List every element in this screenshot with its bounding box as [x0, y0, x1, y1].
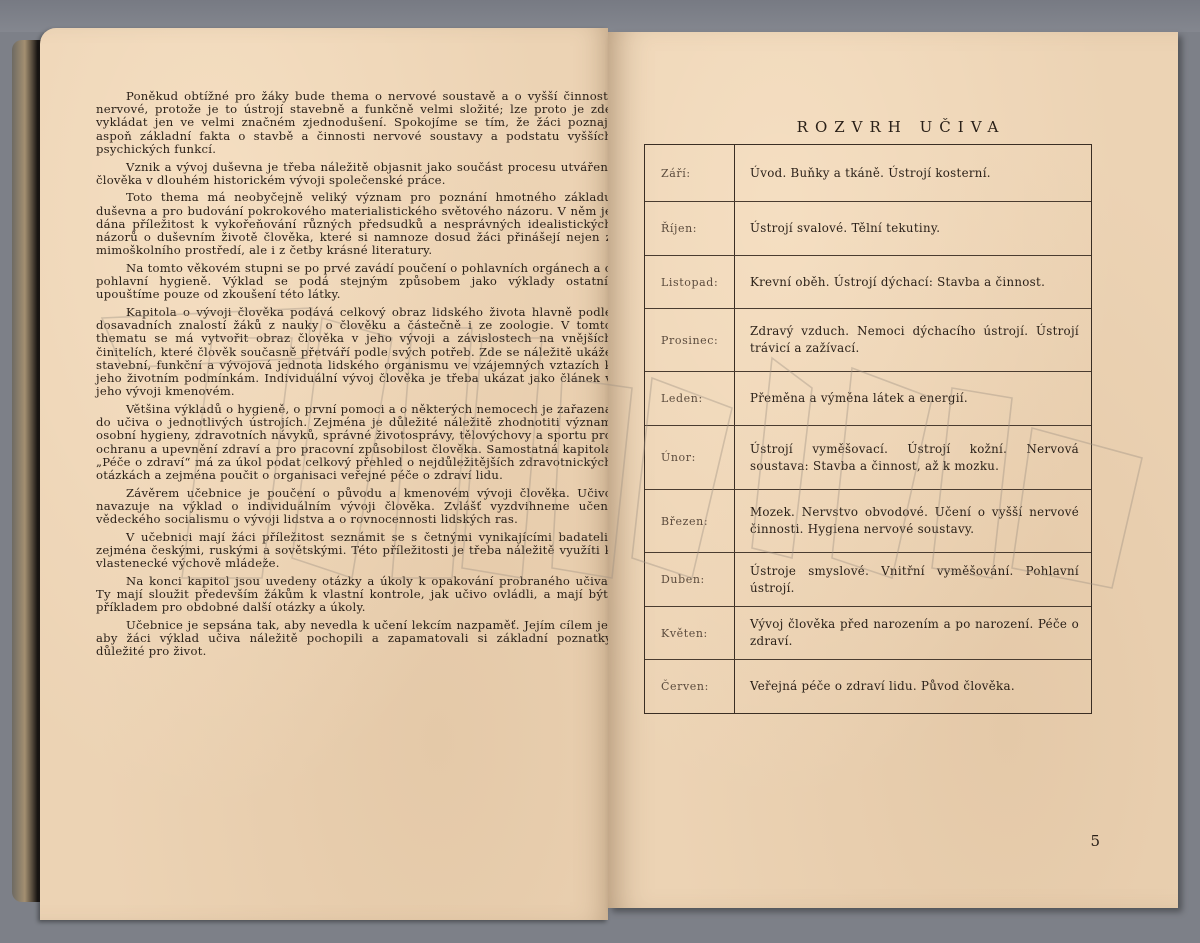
month-label: Listopad:: [645, 256, 735, 308]
topic-cell: Mozek. Nervstvo obvodové. Učení o vyšší …: [735, 504, 1091, 538]
paragraph: Kapitola o vývoji člověka podává celkový…: [96, 306, 612, 398]
left-page: Poněkud obtížné pro žáky bude thema o ne…: [40, 28, 608, 920]
table-row: Listopad: Krevní oběh. Ústrojí dýchací: …: [645, 255, 1091, 308]
table-row: Březen: Mozek. Nervstvo obvodové. Učení …: [645, 489, 1091, 552]
paragraph: Učebnice je sepsána tak, aby nevedla k u…: [96, 619, 612, 659]
schedule-table: Září: Úvod. Buňky a tkáně. Ústrojí koste…: [644, 144, 1092, 714]
table-row: Říjen: Ústrojí svalové. Tělní tekutiny.: [645, 201, 1091, 255]
month-label: Březen:: [645, 490, 735, 552]
topic-cell: Ústrojí svalové. Tělní tekutiny.: [735, 220, 1091, 237]
paragraph: V učebnici mají žáci příležitost seznámi…: [96, 531, 612, 571]
table-row: Prosinec: Zdravý vzduch. Nemoci dýchacíh…: [645, 308, 1091, 371]
topic-cell: Vývoj člověka před narozením a po naroze…: [735, 616, 1091, 650]
page-title: ROZVRH UČIVA: [608, 118, 1186, 136]
table-row: Květen: Vývoj člověka před narozením a p…: [645, 606, 1091, 659]
topic-cell: Úvod. Buňky a tkáně. Ústrojí kosterní.: [735, 165, 1091, 182]
page-number: 5: [1090, 832, 1100, 850]
paragraph: Na tomto věkovém stupni se po prvé zavád…: [96, 262, 612, 302]
table-row: Únor: Ústrojí vyměšovací. Ústrojí kožní.…: [645, 425, 1091, 489]
table-row: Září: Úvod. Buňky a tkáně. Ústrojí koste…: [645, 145, 1091, 201]
month-label: Leden:: [645, 372, 735, 425]
month-label: Červen:: [645, 660, 735, 713]
topic-cell: Ústroje smyslové. Vnitřní vyměšování. Po…: [735, 563, 1091, 597]
paragraph: Poněkud obtížné pro žáky bude thema o ne…: [96, 90, 612, 156]
month-label: Únor:: [645, 426, 735, 489]
topic-cell: Veřejná péče o zdraví lidu. Původ člověk…: [735, 678, 1091, 695]
table-row: Duben: Ústroje smyslové. Vnitřní vyměšov…: [645, 552, 1091, 606]
month-label: Září:: [645, 145, 735, 201]
paragraph: Většina výkladů o hygieně, o první pomoc…: [96, 403, 612, 482]
month-label: Duben:: [645, 553, 735, 606]
open-book: Poněkud obtížné pro žáky bude thema o ne…: [12, 28, 1188, 923]
paragraph: Vznik a vývoj duševna je třeba náležitě …: [96, 161, 612, 187]
month-label: Květen:: [645, 607, 735, 659]
month-label: Říjen:: [645, 202, 735, 255]
month-label: Prosinec:: [645, 309, 735, 371]
topic-cell: Přeměna a výměna látek a energií.: [735, 390, 1091, 407]
topic-cell: Ústrojí vyměšovací. Ústrojí kožní. Nervo…: [735, 441, 1091, 475]
paragraph: Na konci kapitol jsou uvedeny otázky a ú…: [96, 575, 612, 615]
paragraph: Závěrem učebnice je poučení o původu a k…: [96, 487, 612, 527]
topic-cell: Krevní oběh. Ústrojí dýchací: Stavba a č…: [735, 274, 1091, 291]
body-text: Poněkud obtížné pro žáky bude thema o ne…: [96, 90, 612, 663]
paragraph: Toto thema má neobyčejně veliký význam p…: [96, 191, 612, 257]
right-page: ROZVRH UČIVA Září: Úvod. Buňky a tkáně. …: [608, 32, 1178, 908]
table-row: Leden: Přeměna a výměna látek a energií.: [645, 371, 1091, 425]
topic-cell: Zdravý vzduch. Nemoci dýchacího ústrojí.…: [735, 323, 1091, 357]
table-row: Červen: Veřejná péče o zdraví lidu. Půvo…: [645, 659, 1091, 713]
